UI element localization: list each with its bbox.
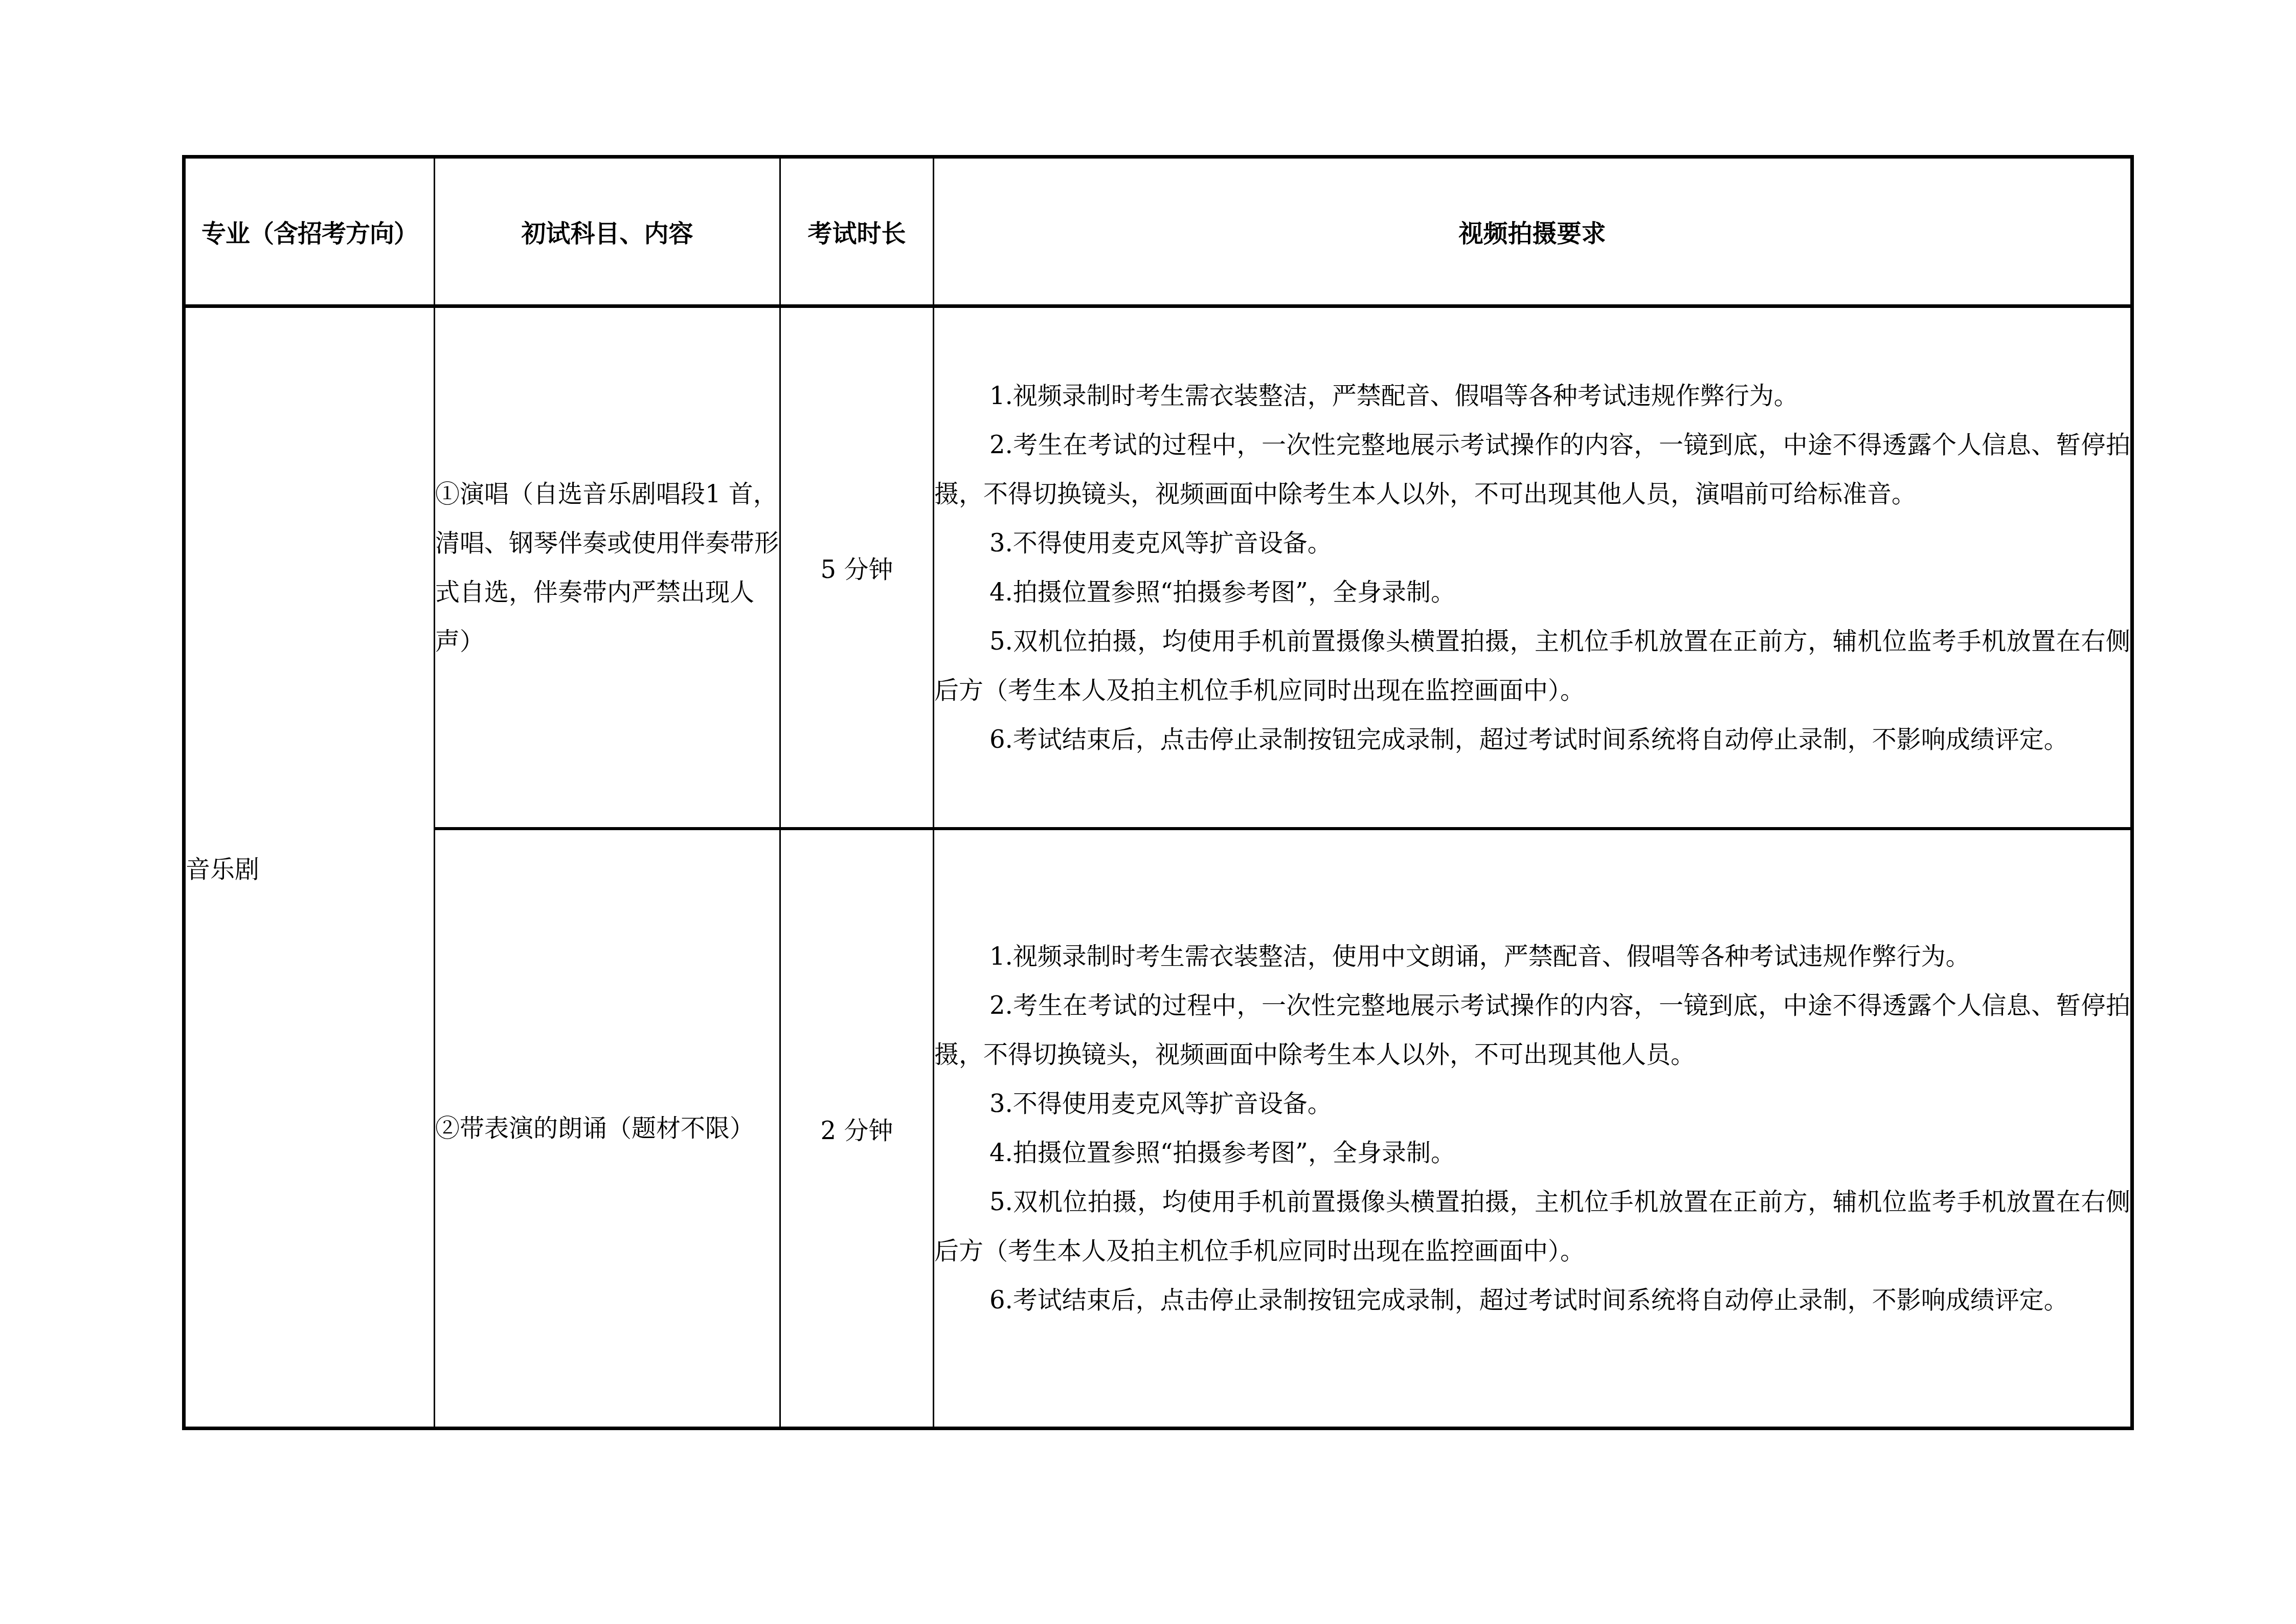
subject-cell: ②带表演的朗诵（题材不限） bbox=[435, 829, 780, 1429]
header-major: 专业（含招考方向） bbox=[184, 157, 435, 306]
requirement-item: 5.双机位拍摄，均使用手机前置摄像头横置拍摄，主机位手机放置在正前方，辅机位监考… bbox=[934, 617, 2130, 715]
requirement-item: 3.不得使用麦克风等扩音设备。 bbox=[934, 1079, 2130, 1128]
requirement-item: 3.不得使用麦克风等扩音设备。 bbox=[934, 519, 2130, 568]
header-duration: 考试时长 bbox=[780, 157, 934, 306]
requirements-cell: 1.视频录制时考生需衣装整洁，严禁配音、假唱等各种考试违规作弊行为。 2.考生在… bbox=[934, 306, 2132, 829]
requirement-item: 6.考试结束后，点击停止录制按钮完成录制，超过考试时间系统将自动停止录制，不影响… bbox=[934, 715, 2130, 764]
requirement-item: 4.拍摄位置参照“拍摄参考图”，全身录制。 bbox=[934, 568, 2130, 617]
requirement-item: 5.双机位拍摄，均使用手机前置摄像头横置拍摄，主机位手机放置在正前方，辅机位监考… bbox=[934, 1177, 2130, 1276]
requirement-item: 1.视频录制时考生需衣装整洁，使用中文朗诵，严禁配音、假唱等各种考试违规作弊行为… bbox=[934, 932, 2130, 981]
table-row: ②带表演的朗诵（题材不限） 2 分钟 1.视频录制时考生需衣装整洁，使用中文朗诵… bbox=[184, 829, 2132, 1429]
duration-cell: 2 分钟 bbox=[780, 829, 934, 1429]
duration-cell: 5 分钟 bbox=[780, 306, 934, 829]
requirement-item: 6.考试结束后，点击停止录制按钮完成录制，超过考试时间系统将自动停止录制，不影响… bbox=[934, 1276, 2130, 1325]
subject-cell: ①演唱（自选音乐剧唱段1 首，清唱、钢琴伴奏或使用伴奏带形式自选，伴奏带内严禁出… bbox=[435, 306, 780, 829]
requirements-cell: 1.视频录制时考生需衣装整洁，使用中文朗诵，严禁配音、假唱等各种考试违规作弊行为… bbox=[934, 829, 2132, 1429]
exam-requirements-table: 专业（含招考方向） 初试科目、内容 考试时长 视频拍摄要求 音乐剧 ①演唱（自选… bbox=[182, 155, 2134, 1430]
requirement-item: 1.视频录制时考生需衣装整洁，严禁配音、假唱等各种考试违规作弊行为。 bbox=[934, 371, 2130, 420]
table-row: 音乐剧 ①演唱（自选音乐剧唱段1 首，清唱、钢琴伴奏或使用伴奏带形式自选，伴奏带… bbox=[184, 306, 2132, 829]
requirement-item: 2.考生在考试的过程中，一次性完整地展示考试操作的内容，一镜到底，中途不得透露个… bbox=[934, 420, 2130, 519]
requirement-item: 4.拍摄位置参照“拍摄参考图”，全身录制。 bbox=[934, 1128, 2130, 1177]
requirement-item: 2.考生在考试的过程中，一次性完整地展示考试操作的内容，一镜到底，中途不得透露个… bbox=[934, 981, 2130, 1079]
header-subject: 初试科目、内容 bbox=[435, 157, 780, 306]
table-header-row: 专业（含招考方向） 初试科目、内容 考试时长 视频拍摄要求 bbox=[184, 157, 2132, 306]
header-requirements: 视频拍摄要求 bbox=[934, 157, 2132, 306]
major-cell: 音乐剧 bbox=[184, 306, 435, 1429]
